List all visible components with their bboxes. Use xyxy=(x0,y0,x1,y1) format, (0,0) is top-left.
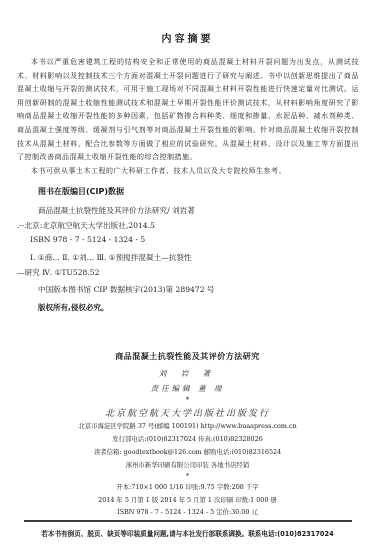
abstract-body: 本书以严重危害建筑工程的结构安全和正常使用的商品混凝土材料开裂问题为出发点，从测… xyxy=(17,56,359,178)
cip-heading: 图书在版编目(CIP)数据 xyxy=(38,186,124,197)
abstract-paragraph: 本书以严重危害建筑工程的结构安全和正常使用的商品混凝土材料开裂问题为出发点，从测… xyxy=(17,56,359,165)
cip-subject-line: Ⅰ. ①商… Ⅱ. ①刘… Ⅲ. ①预搅拌混凝土—抗裂性 xyxy=(30,252,192,263)
colophon-email: 读者信箱: goodtextbook@126.com 邮购电话:(010)823… xyxy=(0,447,375,456)
colophon-isbn-price: ISBN 978 - 7 - 5124 - 1324 - 5 定价:30.00 … xyxy=(0,507,375,516)
footer-notice: 若本书有倒页、脱页、缺页等印装质量问题,请与本社发行部联系调换。联系电话:(01… xyxy=(0,528,375,538)
star-separator: * xyxy=(0,472,375,480)
colophon-edition: 2014 年 5 月第 1 版 2014 年 5 月第 1 次印刷 印数:1 0… xyxy=(0,495,375,504)
colophon-printer: 涿州市新华印刷有限公司印装 各地书店经销 xyxy=(0,460,375,469)
colophon-editor: 责任编辑 董 瑞 xyxy=(0,383,375,394)
colophon-publisher: 北京航空航天大学出版社出版发行 xyxy=(0,406,375,419)
colophon-format: 开本:710×1 000 1/16 印张:9.75 字数:208 千字 xyxy=(0,482,375,491)
cip-classification-line: —研究 Ⅳ. ①TU528.52 xyxy=(17,267,99,278)
copyright-notice: 版权所有,侵权必究。 xyxy=(38,302,108,313)
abstract-paragraph: 本书可供从事土木工程的广大科研工作者、技术人员以及大专院校师生参考。 xyxy=(17,165,359,179)
divider xyxy=(24,520,352,522)
colophon-address: 北京市海淀区学院路 37 号(邮编 100191) http://www.bua… xyxy=(0,421,375,430)
cip-title-line: 商品混凝土抗裂性能及其评价方法研究/ 刘岩著 xyxy=(38,205,195,216)
star-separator: * xyxy=(0,396,375,404)
colophon-author: 刘 岩 著 xyxy=(0,368,375,379)
cip-publisher-line: .--北京:北京航空航天大学出版社,2014.5 xyxy=(17,220,155,231)
cip-library-record: 中国版本图书馆 CIP 数据核字(2013)第 289472 号 xyxy=(38,284,215,295)
abstract-title: 内容摘要 xyxy=(0,30,375,45)
cip-isbn-line: ISBN 978 - 7 - 5124 - 1324 - 5 xyxy=(30,235,145,244)
colophon-book-title: 商品混凝土抗裂性能及其评价方法研究 xyxy=(0,351,375,362)
colophon-phones: 发行部电话:(010)82317024 传真:(010)82328026 xyxy=(0,434,375,443)
